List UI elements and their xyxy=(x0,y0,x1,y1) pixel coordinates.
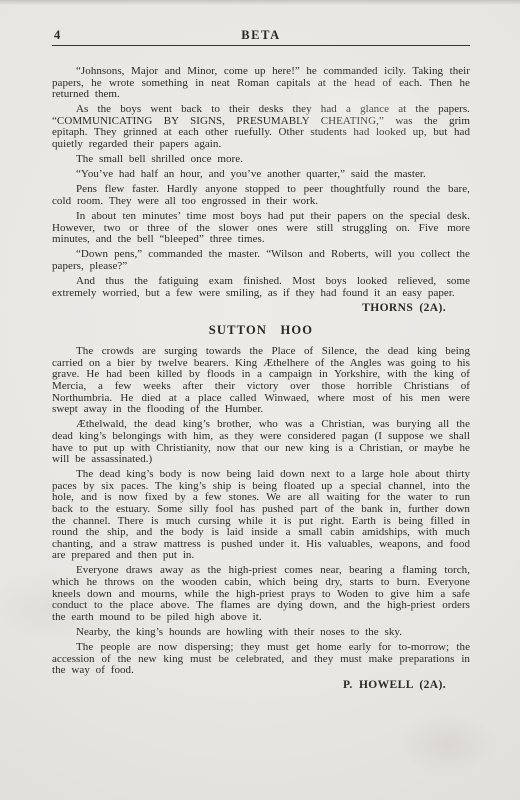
paragraph: As the boys went back to their desks the… xyxy=(52,104,470,150)
page-header: 4 BETA xyxy=(52,28,470,43)
paragraph: The crowds are surging towards the Place… xyxy=(52,346,470,416)
header-rule xyxy=(52,45,470,46)
paragraph: Æthelwald, the dead king’s brother, who … xyxy=(52,419,470,465)
paragraph: In about ten minutes’ time most boys had… xyxy=(52,211,470,246)
page-number: 4 xyxy=(54,28,60,43)
paragraph: The dead king’s body is now being laid d… xyxy=(52,469,470,562)
story-heading: SUTTON HOO xyxy=(52,324,470,337)
page-body: “Johnsons, Major and Minor, come up here… xyxy=(52,66,470,692)
story-exam: “Johnsons, Major and Minor, come up here… xyxy=(52,66,470,314)
author-signature: THORNS (2A). xyxy=(52,303,470,315)
paragraph: “You’ve had half an hour, and you’ve ano… xyxy=(52,169,470,181)
paragraph: Pens flew faster. Hardly anyone stopped … xyxy=(52,184,470,207)
author-signature: P. HOWELL (2A). xyxy=(52,680,470,692)
paragraph: And thus the fatiguing exam finished. Mo… xyxy=(52,276,470,299)
paragraph: The people are now dispersing; they must… xyxy=(52,642,470,677)
paragraph: “Johnsons, Major and Minor, come up here… xyxy=(52,66,470,101)
paragraph: Nearby, the king’s hounds are howling wi… xyxy=(52,627,470,639)
story-sutton-hoo: SUTTON HOO The crowds are surging toward… xyxy=(52,324,470,692)
magazine-title: BETA xyxy=(52,28,470,43)
page-content: 4 BETA “Johnsons, Major and Minor, come … xyxy=(0,0,520,692)
paragraph: Everyone draws away as the high-priest c… xyxy=(52,565,470,623)
paragraph: The small bell shrilled once more. xyxy=(52,154,470,166)
paragraph: “Down pens,” commanded the master. “Wils… xyxy=(52,249,470,272)
magazine-page: 4 BETA “Johnsons, Major and Minor, come … xyxy=(0,0,520,800)
